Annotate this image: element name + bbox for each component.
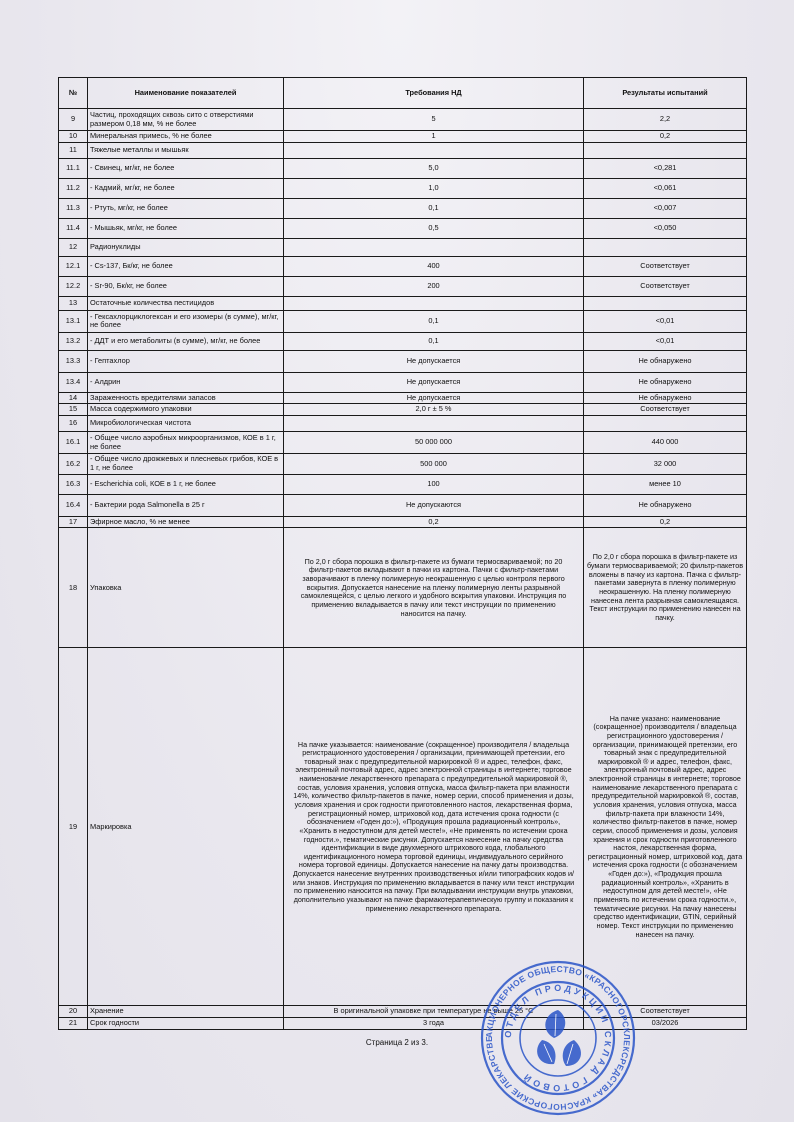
- table-row: 16.2 - Общее число дрожжевых и плесневых…: [59, 454, 747, 474]
- row-num: 20: [59, 1006, 88, 1018]
- table-row-group: 16 Микробиологическая чистота: [59, 416, 747, 432]
- table-row: 13.2 - ДДТ и его метаболиты (в сумме), м…: [59, 332, 747, 350]
- row-result: <0,01: [584, 310, 747, 332]
- table-row: 20 Хранение В оригинальной упаковке при …: [59, 1006, 747, 1018]
- row-name: - Cs-137, Бк/кг, не более: [88, 256, 284, 276]
- row-result: Не обнаружено: [584, 392, 747, 404]
- table-row: 16.4 - Бактерии рода Salmonella в 25 г Н…: [59, 494, 747, 516]
- row-name: - Кадмий, мг/кг, не более: [88, 178, 284, 198]
- row-result: <0,050: [584, 218, 747, 238]
- row-result: менее 10: [584, 474, 747, 494]
- row-name: Радионуклиды: [88, 238, 284, 256]
- row-num: 16.4: [59, 494, 88, 516]
- row-requirement: 5: [284, 109, 584, 131]
- row-num: 11.3: [59, 198, 88, 218]
- row-name: - Алдрин: [88, 372, 284, 392]
- header-num: №: [59, 78, 88, 109]
- table-header-row: № Наименование показателей Требования НД…: [59, 78, 747, 109]
- row-num: 15: [59, 404, 88, 416]
- row-num: 16.2: [59, 454, 88, 474]
- row-num: 11.4: [59, 218, 88, 238]
- table-row: 11.4 - Мышьяк, мг/кг, не более 0,5 <0,05…: [59, 218, 747, 238]
- table-row: 11.3 - Ртуть, мг/кг, не более 0,1 <0,007: [59, 198, 747, 218]
- row-name: Частиц, проходящих сквозь сито с отверст…: [88, 109, 284, 131]
- row-name: - Escherichia coli, КОЕ в 1 г, не более: [88, 474, 284, 494]
- row-name: Тяжелые металлы и мышьяк: [88, 142, 284, 158]
- row-name: Эфирное масло, % не менее: [88, 516, 284, 528]
- row-num: 11: [59, 142, 88, 158]
- table-row: 17 Эфирное масло, % не менее 0,2 0,2: [59, 516, 747, 528]
- table-row-packaging: 18 Упаковка По 2,0 г сбора порошка в фил…: [59, 528, 747, 648]
- table-row: 15 Масса содержимого упаковки 2,0 г ± 5 …: [59, 404, 747, 416]
- row-name: Маркировка: [88, 648, 284, 1006]
- row-num: 13.3: [59, 350, 88, 372]
- row-requirement: Не допускается: [284, 392, 584, 404]
- table-row: 21 Срок годности 3 года 03/2026: [59, 1018, 747, 1030]
- row-result: 2,2: [584, 109, 747, 131]
- company-stamp-icon: АКЦИОНЕРНОЕ ОБЩЕСТВО «КРАСНОГОРСКЛЕКСРЕД…: [478, 958, 638, 1118]
- table-row: 16.3 - Escherichia coli, КОЕ в 1 г, не б…: [59, 474, 747, 494]
- row-requirement: 5,0: [284, 158, 584, 178]
- row-requirement: 1: [284, 131, 584, 143]
- row-result: Соответствует: [584, 276, 747, 296]
- row-result: <0,061: [584, 178, 747, 198]
- row-name: Хранение: [88, 1006, 284, 1018]
- row-result: Не обнаружено: [584, 350, 747, 372]
- row-result: Не обнаружено: [584, 494, 747, 516]
- row-name: Срок годности: [88, 1018, 284, 1030]
- row-num: 16.1: [59, 432, 88, 454]
- row-result: <0,281: [584, 158, 747, 178]
- row-name: Масса содержимого упаковки: [88, 404, 284, 416]
- row-num: 18: [59, 528, 88, 648]
- table-row-group: 12 Радионуклиды: [59, 238, 747, 256]
- row-requirement: 50 000 000: [284, 432, 584, 454]
- row-requirement: Не допускаются: [284, 494, 584, 516]
- row-name: - Гептахлор: [88, 350, 284, 372]
- table-row: 12.1 - Cs-137, Бк/кг, не более 400 Соотв…: [59, 256, 747, 276]
- row-result: 0,2: [584, 516, 747, 528]
- row-name: Упаковка: [88, 528, 284, 648]
- row-num: 11.1: [59, 158, 88, 178]
- row-requirement: 100: [284, 474, 584, 494]
- table-row-group: 11 Тяжелые металлы и мышьяк: [59, 142, 747, 158]
- row-name: Остаточные количества пестицидов: [88, 296, 284, 310]
- row-name: Микробиологическая чистота: [88, 416, 284, 432]
- row-num: 21: [59, 1018, 88, 1030]
- row-requirement: 0,5: [284, 218, 584, 238]
- row-name: - Бактерии рода Salmonella в 25 г: [88, 494, 284, 516]
- header-name: Наименование показателей: [88, 78, 284, 109]
- table-row: 12.2 - Sr-90, Бк/кг, не более 200 Соотве…: [59, 276, 747, 296]
- row-result: Соответствует: [584, 256, 747, 276]
- table-row: 16.1 - Общее число аэробных микроорганиз…: [59, 432, 747, 454]
- row-name: - Гексахлорциклогексан и его изомеры (в …: [88, 310, 284, 332]
- document-page: № Наименование показателей Требования НД…: [0, 0, 794, 1122]
- row-result: 32 000: [584, 454, 747, 474]
- row-name: - Мышьяк, мг/кг, не более: [88, 218, 284, 238]
- row-num: 16.3: [59, 474, 88, 494]
- row-num: 9: [59, 109, 88, 131]
- row-requirement: Не допускается: [284, 350, 584, 372]
- row-requirement: 500 000: [284, 454, 584, 474]
- table-row: 13.3 - Гептахлор Не допускается Не обнар…: [59, 350, 747, 372]
- table-row: 13.1 - Гексахлорциклогексан и его изомер…: [59, 310, 747, 332]
- page-number: Страница 2 из 3.: [0, 1038, 794, 1047]
- row-num: 10: [59, 131, 88, 143]
- row-result: По 2,0 г сбора порошка в фильтр-пакете и…: [584, 528, 747, 648]
- row-name: - Общее число аэробных микроорганизмов, …: [88, 432, 284, 454]
- row-result: <0,01: [584, 332, 747, 350]
- row-result: Соответствует: [584, 404, 747, 416]
- row-requirement: 1,0: [284, 178, 584, 198]
- table-row: 9 Частиц, проходящих сквозь сито с отвер…: [59, 109, 747, 131]
- row-result: <0,007: [584, 198, 747, 218]
- table-row: 10 Минеральная примесь, % не более 1 0,2: [59, 131, 747, 143]
- row-requirement: 0,1: [284, 332, 584, 350]
- row-num: 12.1: [59, 256, 88, 276]
- row-num: 16: [59, 416, 88, 432]
- table-row: 11.1 - Свинец, мг/кг, не более 5,0 <0,28…: [59, 158, 747, 178]
- row-num: 19: [59, 648, 88, 1006]
- table-row-group: 13 Остаточные количества пестицидов: [59, 296, 747, 310]
- row-result: 0,2: [584, 131, 747, 143]
- row-requirement: 0,2: [284, 516, 584, 528]
- row-requirement: 0,1: [284, 198, 584, 218]
- row-result: 440 000: [584, 432, 747, 454]
- row-requirement: Не допускается: [284, 372, 584, 392]
- row-requirement: 2,0 г ± 5 %: [284, 404, 584, 416]
- row-num: 13.2: [59, 332, 88, 350]
- row-name: - Свинец, мг/кг, не более: [88, 158, 284, 178]
- header-results: Результаты испытаний: [584, 78, 747, 109]
- test-results-table: № Наименование показателей Требования НД…: [58, 77, 747, 1030]
- row-name: - Ртуть, мг/кг, не более: [88, 198, 284, 218]
- row-name: Минеральная примесь, % не более: [88, 131, 284, 143]
- row-requirement: По 2,0 г сбора порошка в фильтр-пакете и…: [284, 528, 584, 648]
- row-name: - Sr-90, Бк/кг, не более: [88, 276, 284, 296]
- row-num: 13.1: [59, 310, 88, 332]
- row-num: 12: [59, 238, 88, 256]
- row-requirement: 400: [284, 256, 584, 276]
- row-num: 13: [59, 296, 88, 310]
- table-row: 13.4 - Алдрин Не допускается Не обнаруже…: [59, 372, 747, 392]
- row-requirement: На пачке указывается: наименование (сокр…: [284, 648, 584, 1006]
- header-requirements: Требования НД: [284, 78, 584, 109]
- row-name: - ДДТ и его метаболиты (в сумме), мг/кг,…: [88, 332, 284, 350]
- row-num: 11.2: [59, 178, 88, 198]
- row-requirement: 0,1: [284, 310, 584, 332]
- table-row: 11.2 - Кадмий, мг/кг, не более 1,0 <0,06…: [59, 178, 747, 198]
- row-num: 13.4: [59, 372, 88, 392]
- row-result: Не обнаружено: [584, 372, 747, 392]
- row-requirement: 200: [284, 276, 584, 296]
- row-result: На пачке указано: наименование (сокращен…: [584, 648, 747, 1006]
- table-row: 14 Зараженность вредителями запасов Не д…: [59, 392, 747, 404]
- row-name: Зараженность вредителями запасов: [88, 392, 284, 404]
- row-num: 12.2: [59, 276, 88, 296]
- row-num: 17: [59, 516, 88, 528]
- row-num: 14: [59, 392, 88, 404]
- table-row-labeling: 19 Маркировка На пачке указывается: наим…: [59, 648, 747, 1006]
- row-name: - Общее число дрожжевых и плесневых гриб…: [88, 454, 284, 474]
